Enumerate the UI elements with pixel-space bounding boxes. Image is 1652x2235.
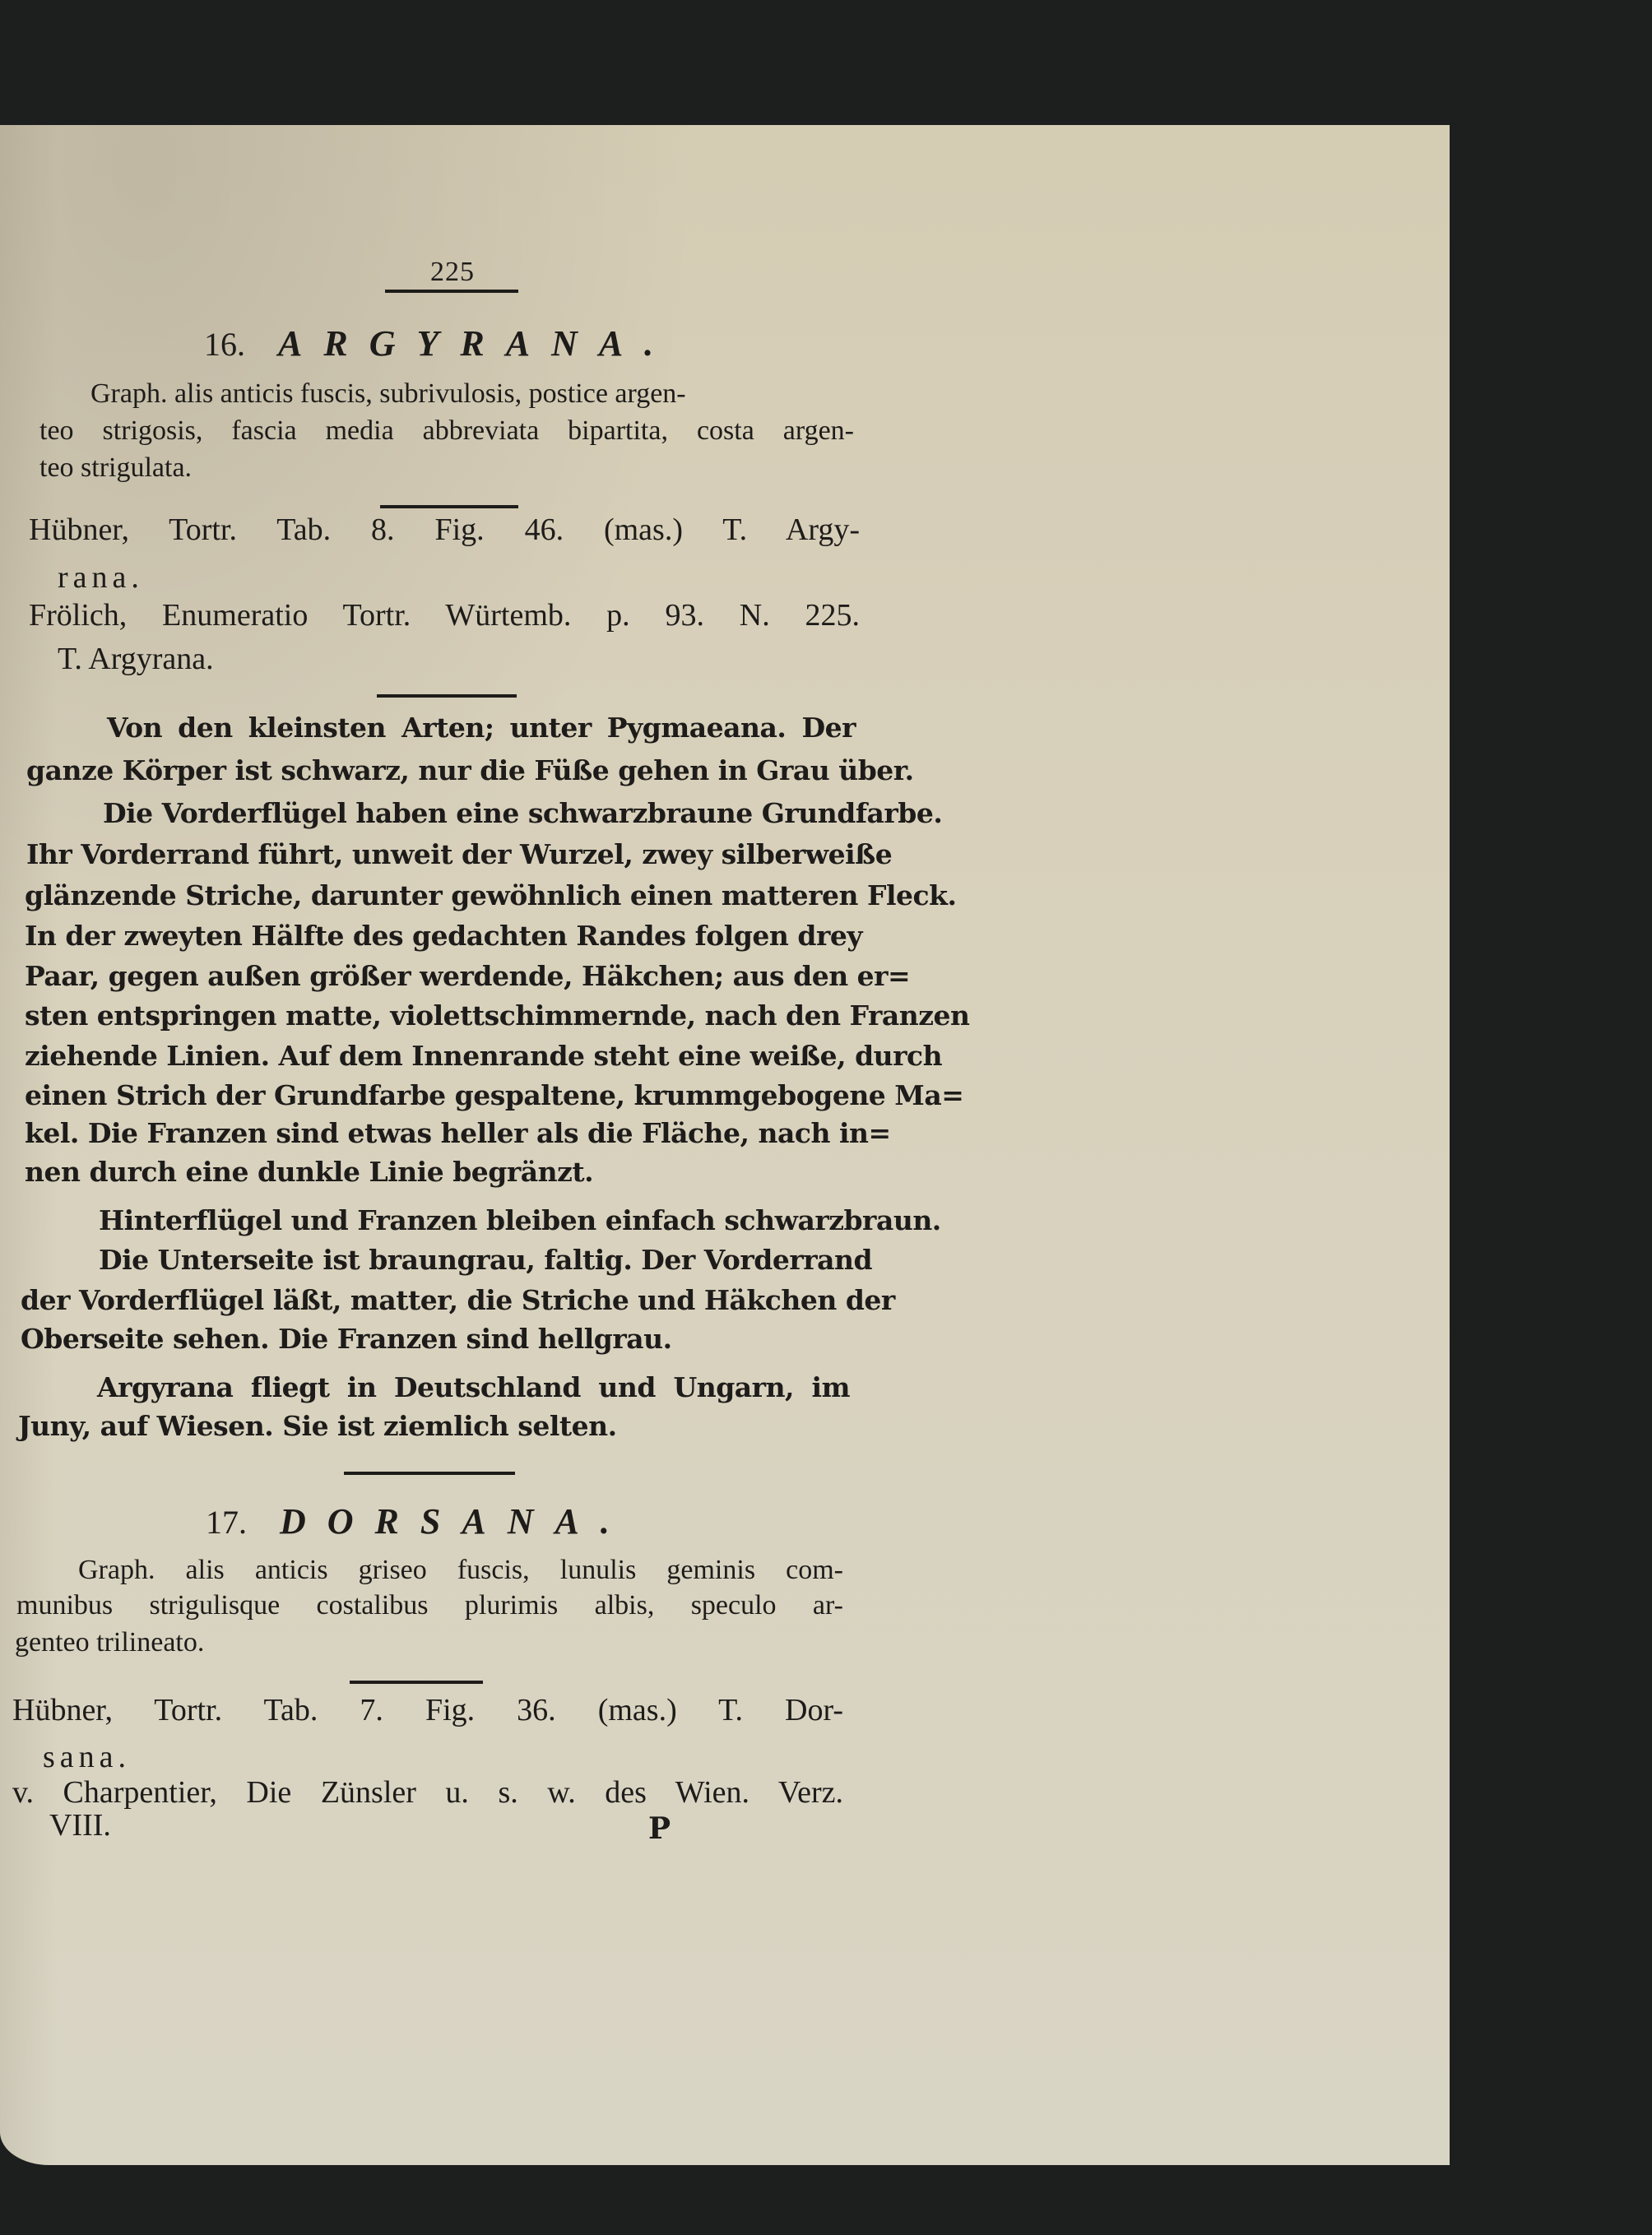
description-line: sten entspringen matte, violettschimmern… — [25, 999, 856, 1032]
diagnosis-line: teo strigulata. — [39, 450, 192, 486]
description-line: Von den kleinsten Arten; unter Pygmaeana… — [107, 712, 856, 744]
description-line: nen durch eine dunkle Linie begränzt. — [25, 1156, 593, 1188]
diagnosis-line: genteo trilineato. — [15, 1625, 204, 1661]
reference-hubner: Hübner, Tortr. Tab. 8. Fig. 46. (mas.) T… — [29, 512, 860, 548]
book-page: 225 16.ARGYRANA. Graph. alis anticis fus… — [0, 125, 1450, 2165]
diagnosis-line: teo strigosis, fascia media abbreviata b… — [39, 413, 854, 449]
reference-hubner: Hübner, Tortr. Tab. 7. Fig. 36. (mas.) T… — [12, 1692, 843, 1728]
page-number-rule — [385, 290, 518, 293]
reference-continuation: T. Argyrana. — [58, 641, 214, 677]
description-line: Ihr Vorderrand führt, unweit der Wurzel,… — [26, 838, 856, 870]
reference-continuation: rana. — [58, 559, 144, 596]
description-line: glänzende Striche, darunter gewöhnlich e… — [25, 879, 857, 911]
species-heading-17: 17.DORSANA. — [206, 1500, 631, 1542]
description-line: Juny, auf Wiesen. Sie ist ziemlich selte… — [18, 1410, 617, 1442]
reference-continuation: sana. — [43, 1739, 131, 1775]
diagnosis-line: Graph. alis anticis griseo fuscis, lunul… — [78, 1552, 843, 1588]
diagnosis-line: Graph. alis anticis fuscis, subrivulosis… — [90, 376, 854, 412]
description-line: der Vorderflügel läßt, matter, die Stric… — [21, 1284, 852, 1316]
species-heading-16: 16.ARGYRANA. — [204, 322, 675, 364]
section-rule — [350, 1681, 483, 1684]
reference-charpentier: v. Charpentier, Die Zünsler u. s. w. des… — [12, 1774, 843, 1811]
section-rule — [344, 1472, 515, 1475]
signature-mark: P — [648, 1811, 671, 1846]
species-name: ARGYRANA. — [278, 323, 675, 364]
description-line: Paar, gegen außen größer werdende, Häkch… — [25, 960, 856, 992]
description-line: Die Vorderflügel haben eine schwarzbraun… — [103, 797, 856, 829]
description-line: Oberseite sehen. Die Franzen sind hellgr… — [21, 1323, 672, 1355]
description-line: einen Strich der Grundfarbe gespaltene, … — [25, 1079, 856, 1111]
description-line: Hinterflügel und Franzen bleiben einfach… — [99, 1204, 856, 1236]
description-line: In der zweyten Hälfte des gedachten Rand… — [25, 920, 856, 952]
description-line: Die Unterseite ist braungrau, faltig. De… — [99, 1244, 852, 1276]
volume-number: VIII. — [49, 1807, 111, 1843]
reference-frolich: Frölich, Enumeratio Tortr. Würtemb. p. 9… — [29, 597, 860, 633]
section-rule — [380, 505, 518, 508]
description-line: kel. Die Franzen sind etwas heller als d… — [25, 1117, 856, 1149]
description-line: ziehende Linien. Auf dem Innenrande steh… — [25, 1040, 856, 1072]
description-line: Argyrana fliegt in Deutschland und Ungar… — [97, 1371, 850, 1403]
diagnosis-line: munibus strigulisque costalibus plurimis… — [16, 1588, 843, 1624]
species-name: DORSANA. — [280, 1501, 631, 1542]
section-rule — [377, 694, 517, 698]
species-number: 16. — [204, 326, 245, 363]
page-number: 225 — [387, 257, 518, 288]
species-number: 17. — [206, 1504, 247, 1541]
description-line: ganze Körper ist schwarz, nur die Füße g… — [26, 754, 831, 786]
